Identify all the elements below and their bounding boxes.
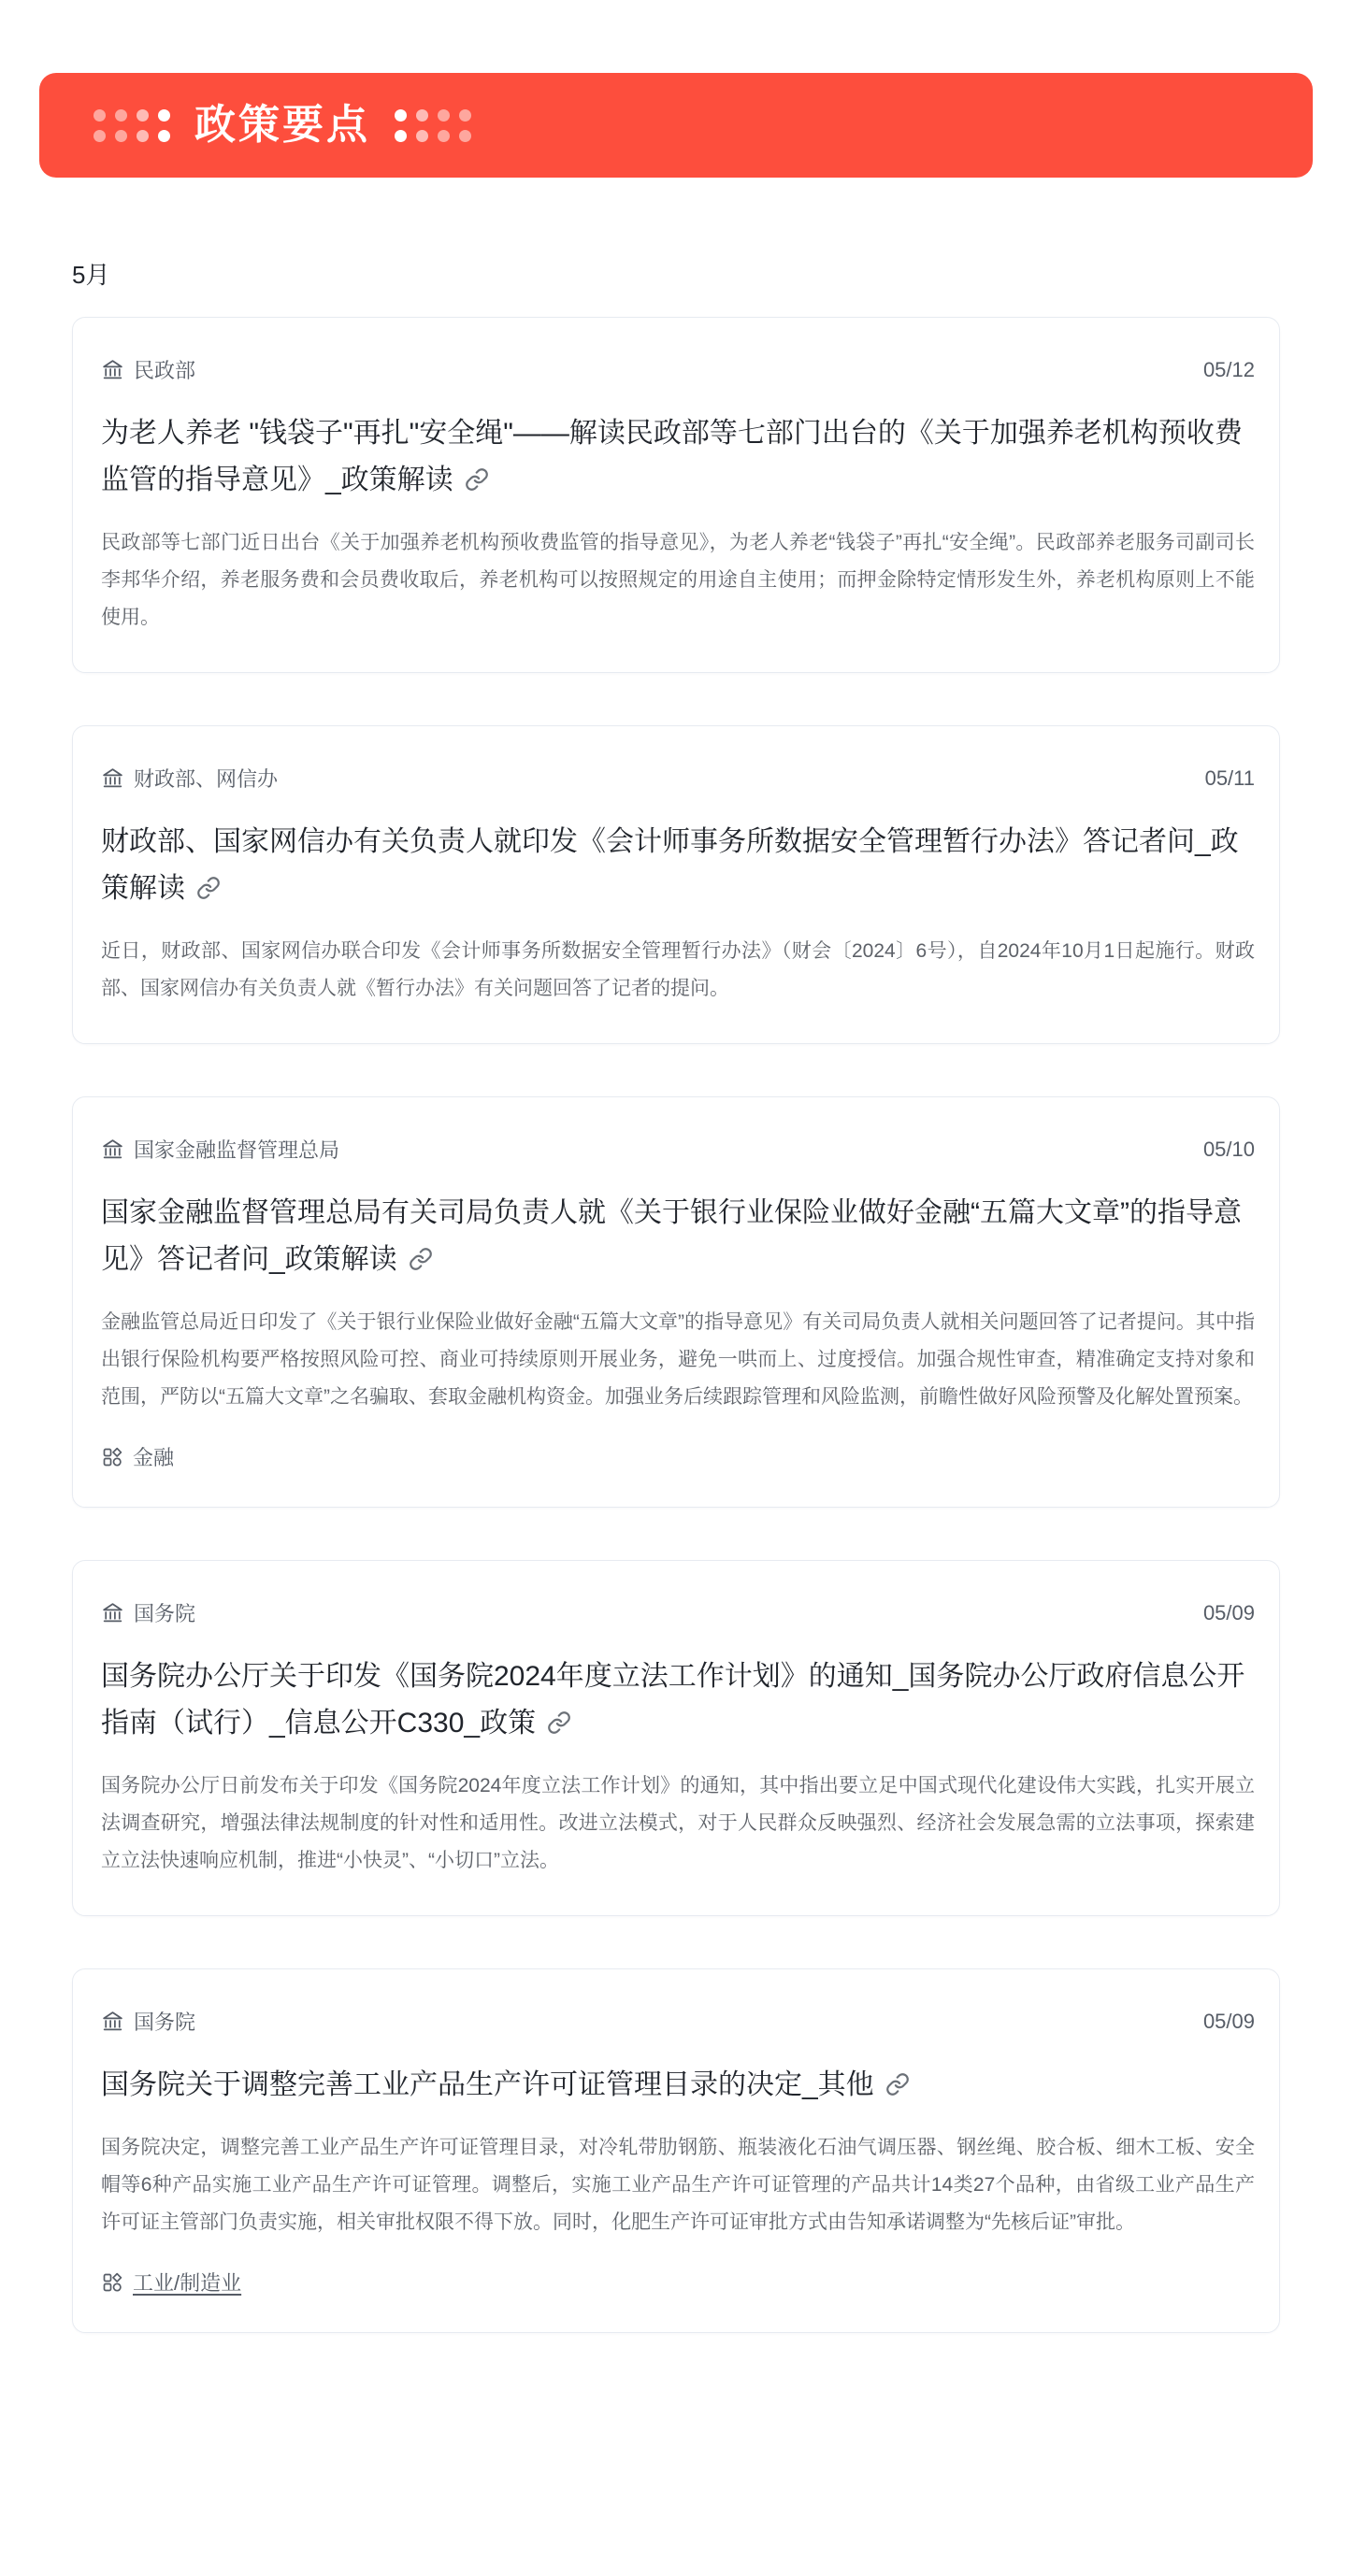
- card-header: 国家金融监督管理总局 05/10: [101, 1135, 1255, 1164]
- card-title-text: 为老人养老 "钱袋子"再扎"安全绳"——解读民政部等七部门出台的《关于加强养老机…: [101, 418, 1243, 495]
- card-summary: 国务院办公厅日前发布关于印发《国务院2024年度立法工作计划》的通知，其中指出要…: [101, 1767, 1255, 1880]
- policy-highlights-banner: 政策要点: [39, 73, 1313, 178]
- institution-name: 国家金融监督管理总局: [134, 1135, 339, 1164]
- card-header: 国务院 05/09: [101, 2007, 1255, 2036]
- card-title-text: 国务院办公厅关于印发《国务院2024年度立法工作计划》的通知_国务院办公厅政府信…: [101, 1661, 1244, 1739]
- institution: 民政部: [101, 355, 195, 384]
- card-date: 05/11: [1205, 766, 1255, 791]
- category-icon: [101, 2271, 123, 2294]
- link-icon[interactable]: [409, 1247, 433, 1271]
- link-icon[interactable]: [465, 467, 489, 492]
- bank-icon: [101, 1138, 124, 1161]
- institution-name: 国务院: [134, 2007, 195, 2036]
- bank-icon: [101, 1601, 124, 1624]
- policy-card: 国务院 05/09 国务院办公厅关于印发《国务院2024年度立法工作计划》的通知…: [72, 1560, 1280, 1916]
- institution: 国务院: [101, 1598, 195, 1627]
- card-summary: 近日，财政部、国家网信办联合印发《会计师事务所数据安全管理暂行办法》（财会〔20…: [101, 933, 1255, 1008]
- card-date: 05/10: [1203, 1138, 1255, 1162]
- link-icon[interactable]: [196, 876, 221, 900]
- policy-card-list: 民政部 05/12 为老人养老 "钱袋子"再扎"安全绳"——解读民政部等七部门出…: [72, 317, 1280, 2333]
- institution: 财政部、网信办: [101, 764, 278, 793]
- link-icon[interactable]: [885, 2072, 910, 2097]
- card-title-text: 国家金融监督管理总局有关司局负责人就《关于银行业保险业做好金融“五篇大文章”的指…: [101, 1197, 1242, 1275]
- card-title-link[interactable]: 财政部、国家网信办有关负责人就印发《会计师事务所数据安全管理暂行办法》答记者问_…: [101, 819, 1255, 912]
- card-header: 财政部、网信办 05/11: [101, 764, 1255, 793]
- category-tag[interactable]: 金融: [101, 1442, 1255, 1471]
- banner-dots-left-icon: [93, 109, 170, 142]
- card-header: 民政部 05/12: [101, 355, 1255, 384]
- card-date: 05/09: [1203, 1601, 1255, 1625]
- card-title-link[interactable]: 国务院关于调整完善工业产品生产许可证管理目录的决定_其他: [101, 2062, 1255, 2109]
- card-title-link[interactable]: 为老人养老 "钱袋子"再扎"安全绳"——解读民政部等七部门出台的《关于加强养老机…: [101, 410, 1255, 504]
- institution-name: 国务院: [134, 1598, 195, 1627]
- bank-icon: [101, 766, 124, 790]
- category-label: 工业/制造业: [133, 2268, 241, 2297]
- card-header: 国务院 05/09: [101, 1598, 1255, 1627]
- category-icon: [101, 1446, 123, 1468]
- card-summary: 民政部等七部门近日出台《关于加强养老机构预收费监管的指导意见》，为老人养老“钱袋…: [101, 524, 1255, 637]
- card-summary: 国务院决定，调整完善工业产品生产许可证管理目录，对冷轧带肋钢筋、瓶装液化石油气调…: [101, 2129, 1255, 2241]
- institution: 国家金融监督管理总局: [101, 1135, 339, 1164]
- card-date: 05/12: [1203, 358, 1255, 382]
- card-title-link[interactable]: 国务院办公厅关于印发《国务院2024年度立法工作计划》的通知_国务院办公厅政府信…: [101, 1653, 1255, 1747]
- institution-name: 民政部: [134, 355, 195, 384]
- banner-dots-right-icon: [395, 109, 471, 142]
- policy-card: 民政部 05/12 为老人养老 "钱袋子"再扎"安全绳"——解读民政部等七部门出…: [72, 317, 1280, 673]
- category-tag[interactable]: 工业/制造业: [101, 2268, 1255, 2297]
- card-date: 05/09: [1203, 2010, 1255, 2034]
- category-label: 金融: [133, 1442, 174, 1471]
- institution-name: 财政部、网信办: [134, 764, 278, 793]
- banner-title: 政策要点: [194, 105, 370, 146]
- link-icon[interactable]: [547, 1710, 571, 1735]
- card-summary: 金融监管总局近日印发了《关于银行业保险业做好金融“五篇大文章”的指导意见》有关司…: [101, 1304, 1255, 1416]
- bank-icon: [101, 358, 124, 381]
- card-title-text: 财政部、国家网信办有关负责人就印发《会计师事务所数据安全管理暂行办法》答记者问_…: [101, 826, 1239, 904]
- card-title-text: 国务院关于调整完善工业产品生产许可证管理目录的决定_其他: [101, 2069, 874, 2100]
- policy-card: 国家金融监督管理总局 05/10 国家金融监督管理总局有关司局负责人就《关于银行…: [72, 1096, 1280, 1508]
- month-label: 5月: [72, 256, 1280, 291]
- policy-card: 国务院 05/09 国务院关于调整完善工业产品生产许可证管理目录的决定_其他 国…: [72, 1968, 1280, 2333]
- policy-card: 财政部、网信办 05/11 财政部、国家网信办有关负责人就印发《会计师事务所数据…: [72, 725, 1280, 1044]
- institution: 国务院: [101, 2007, 195, 2036]
- card-title-link[interactable]: 国家金融监督管理总局有关司局负责人就《关于银行业保险业做好金融“五篇大文章”的指…: [101, 1190, 1255, 1283]
- bank-icon: [101, 2010, 124, 2033]
